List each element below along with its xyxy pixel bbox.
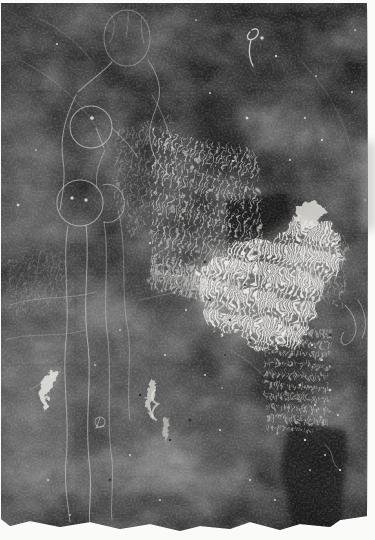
artwork-photo bbox=[0, 0, 375, 540]
monotype-print-svg bbox=[0, 0, 375, 540]
grain-overlay bbox=[0, 0, 370, 535]
margin-smudge bbox=[360, 142, 375, 230]
print-surface bbox=[0, 0, 375, 535]
